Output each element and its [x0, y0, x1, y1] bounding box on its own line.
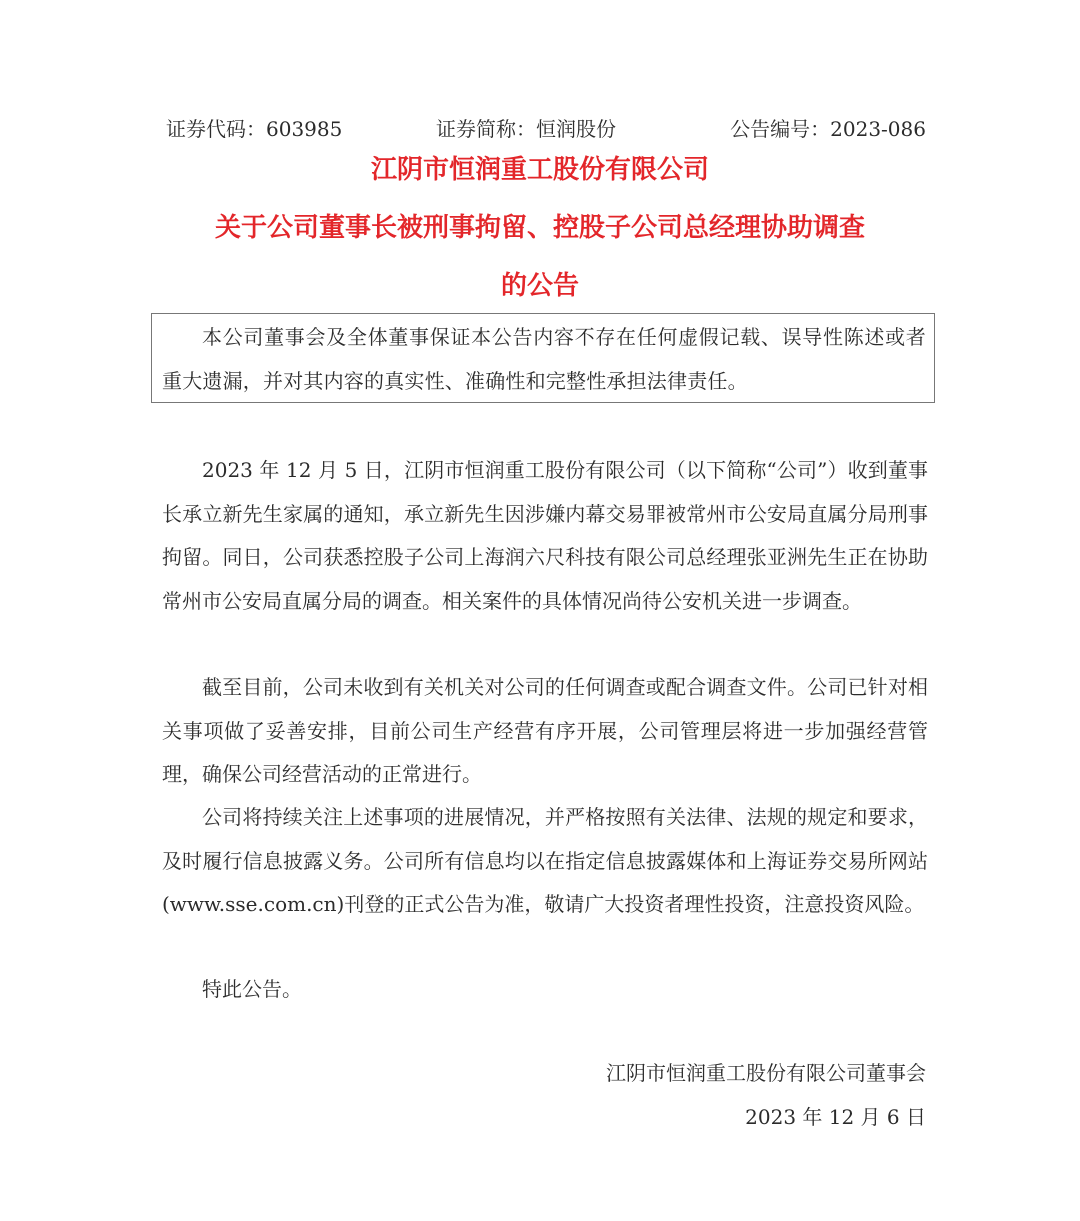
paragraph-text: 截至目前，公司未收到有关机关对公司的任何调查或配合调查文件。公司已针对相关事项做… [162, 666, 928, 797]
signature-date: 2023 年 12 月 6 日 [745, 1100, 926, 1134]
title-company-name: 江阴市恒润重工股份有限公司 [0, 150, 1080, 190]
announcement-page: 证券代码：603985 证券简称：恒润股份 公告编号：2023-086 江阴市恒… [0, 0, 1080, 1221]
title-suffix: 的公告 [0, 266, 1080, 306]
paragraph-text: 公司将持续关注上述事项的进展情况，并严格按照有关法律、法规的规定和要求，及时履行… [162, 796, 928, 927]
signature-organization: 江阴市恒润重工股份有限公司董事会 [606, 1056, 926, 1090]
body-paragraph-2: 截至目前，公司未收到有关机关对公司的任何调查或配合调查文件。公司已针对相关事项做… [162, 666, 928, 797]
security-code: 证券代码：603985 [166, 112, 342, 146]
board-statement-box: 本公司董事会及全体董事保证本公告内容不存在任何虚假记载、误导性陈述或者重大遗漏，… [151, 313, 935, 403]
announcement-number: 公告编号：2023-086 [730, 112, 926, 146]
title-subject: 关于公司董事长被刑事拘留、控股子公司总经理协助调查 [0, 208, 1080, 248]
document-header: 证券代码：603985 证券简称：恒润股份 公告编号：2023-086 [166, 112, 926, 146]
board-statement-text: 本公司董事会及全体董事保证本公告内容不存在任何虚假记载、误导性陈述或者重大遗漏，… [162, 315, 926, 403]
body-paragraph-1: 2023 年 12 月 5 日，江阴市恒润重工股份有限公司（以下简称“公司”）收… [162, 449, 928, 623]
body-paragraph-3: 公司将持续关注上述事项的进展情况，并严格按照有关法律、法规的规定和要求，及时履行… [162, 796, 928, 927]
paragraph-text: 特此公告。 [162, 968, 928, 1012]
paragraph-text: 2023 年 12 月 5 日，江阴市恒润重工股份有限公司（以下简称“公司”）收… [162, 449, 928, 623]
body-paragraph-closing: 特此公告。 [162, 968, 928, 1012]
security-short-name: 证券简称：恒润股份 [436, 112, 616, 146]
